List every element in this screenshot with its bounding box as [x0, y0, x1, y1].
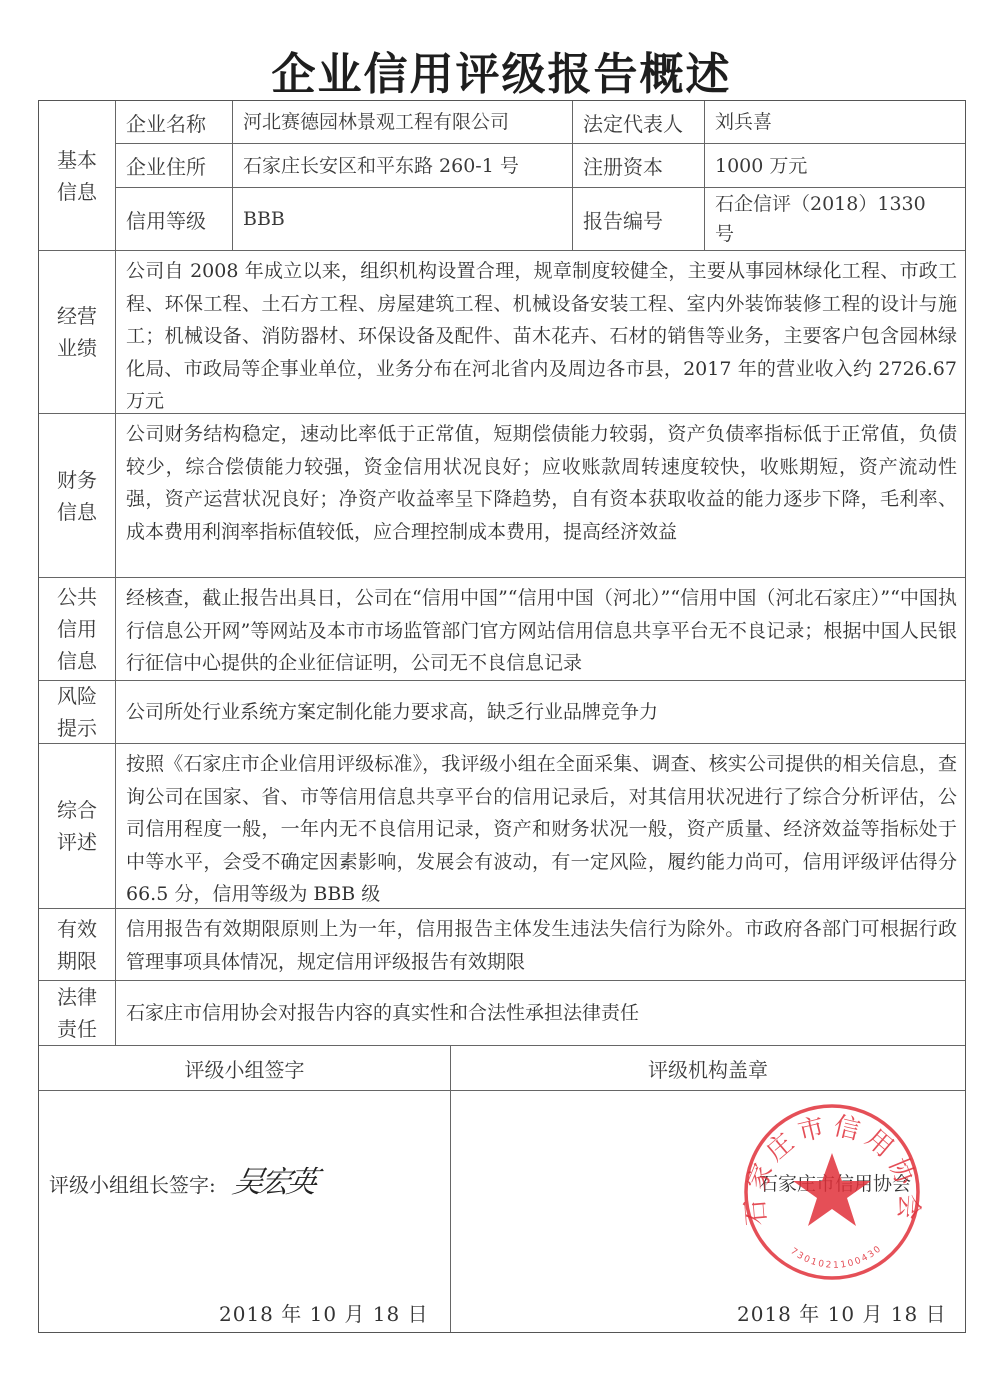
section-text-business: 公司自 2008 年成立以来，组织机构设置合理，规章制度较健全，主要从事园林绿化…	[116, 251, 965, 414]
report-table: 基本信息 企业名称 河北赛德园林景观工程有限公司 法定代表人 刘兵喜 企业住所 …	[38, 100, 966, 1333]
org-seal-area: 石家庄市信用协会 石家庄市信用协会 7301021100430 2018 年 1…	[451, 1091, 965, 1332]
company-name-label: 企业名称	[116, 101, 233, 144]
team-signature-area: 评级小组组长签字: 吴宏英 2018 年 10 月 18 日	[39, 1091, 451, 1332]
legal-rep-label: 法定代表人	[573, 101, 705, 144]
svg-text:7301021100430: 7301021100430	[788, 1243, 884, 1270]
section-label-business: 经营业绩	[39, 251, 116, 414]
section-text-finance: 公司财务结构稳定，速动比率低于正常值，短期偿债能力较弱，资产负债率指标低于正常值…	[116, 414, 965, 578]
org-seal-header: 评级机构盖章	[451, 1046, 965, 1091]
page-title: 企业信用评级报告概述	[0, 38, 1003, 102]
section-label-legal: 法律责任	[39, 981, 116, 1046]
section-text-summary: 按照《石家庄市企业信用评级标准》，我评级小组在全面采集、调查、核实公司提供的相关…	[116, 744, 965, 909]
report-no-value: 石企信评（2018）1330 号	[705, 188, 965, 251]
capital-label: 注册资本	[573, 144, 705, 188]
address-label: 企业住所	[116, 144, 233, 188]
rating-value: BBB	[233, 188, 573, 251]
section-label-summary: 综合评述	[39, 744, 116, 909]
section-text-validity: 信用报告有效期限原则上为一年，信用报告主体发生违法失信行为除外。市政府各部门可根…	[116, 909, 965, 981]
section-label-public-credit: 公共信用信息	[39, 578, 116, 681]
section-text-public-credit: 经核查，截止报告出具日，公司在“信用中国”“信用中国（河北）”“信用中国（河北石…	[116, 578, 965, 681]
report-no-label: 报告编号	[573, 188, 705, 251]
leader-signature: 吴宏英	[229, 1157, 319, 1201]
section-text-risk: 公司所处行业系统方案定制化能力要求高，缺乏行业品牌竞争力	[116, 681, 965, 744]
capital-value: 1000 万元	[705, 144, 965, 188]
team-date: 2018 年 10 月 18 日	[219, 1298, 429, 1327]
legal-rep-value: 刘兵喜	[705, 101, 965, 144]
section-text-legal: 石家庄市信用协会对报告内容的真实性和合法性承担法律责任	[116, 981, 965, 1046]
address-value: 石家庄长安区和平东路 260-1 号	[233, 144, 573, 188]
section-label-risk: 风险提示	[39, 681, 116, 744]
section-label-basic: 基本信息	[39, 101, 116, 251]
official-seal-icon: 石家庄市信用协会 7301021100430	[741, 1101, 923, 1283]
leader-signature-label: 评级小组组长签字:	[49, 1169, 216, 1198]
company-name-value: 河北赛德园林景观工程有限公司	[233, 101, 573, 144]
section-label-validity: 有效期限	[39, 909, 116, 981]
team-signature-header: 评级小组签字	[39, 1046, 451, 1091]
rating-label: 信用等级	[116, 188, 233, 251]
org-date: 2018 年 10 月 18 日	[737, 1298, 947, 1327]
section-label-finance: 财务信息	[39, 414, 116, 578]
